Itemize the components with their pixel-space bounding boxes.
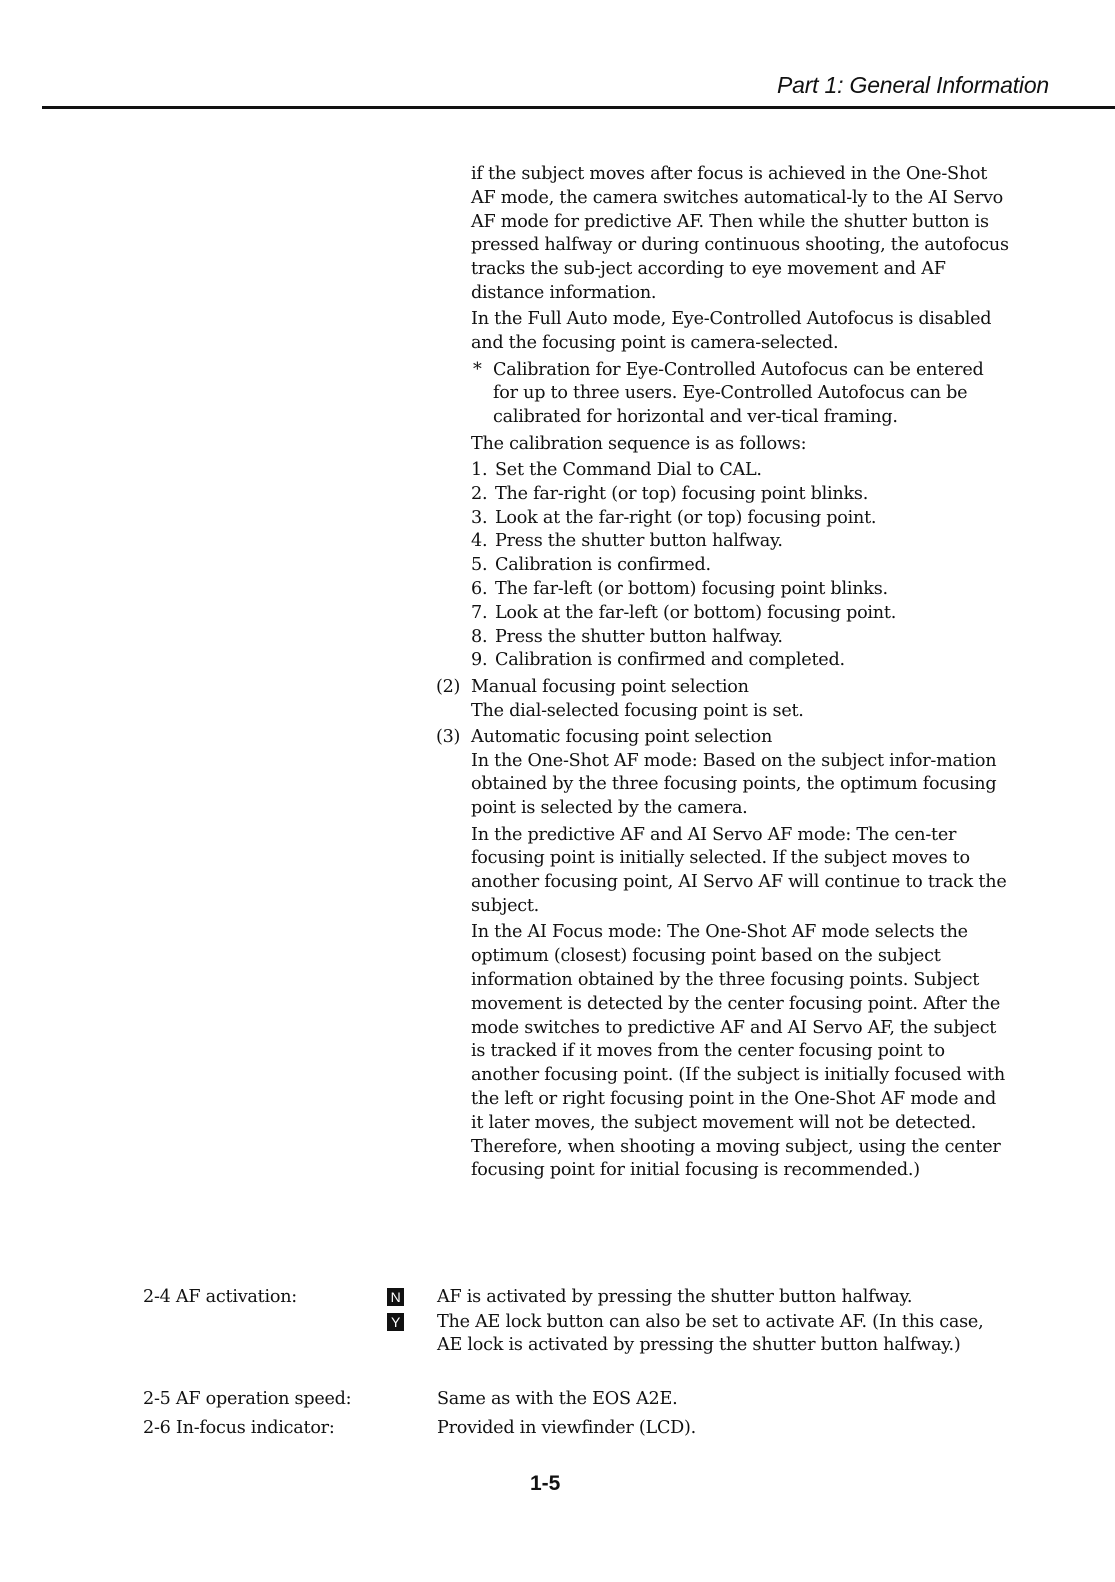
step-number: 6.: [471, 578, 487, 602]
step-number: 4.: [471, 530, 487, 554]
step-item: 1.Set the Command Dial to CAL.: [471, 459, 1011, 483]
one-shot-paragraph: In the One-Shot AF mode: Based on the su…: [471, 750, 1011, 821]
step-text: The far-right (or top) focusing point bl…: [495, 484, 868, 504]
section-title: Automatic focusing point selection: [471, 726, 1011, 750]
spec-label: 2-6 In-focus indicator:: [143, 1417, 335, 1441]
spec-label: 2-4 AF activation:: [143, 1286, 297, 1310]
asterisk-mark: *: [473, 359, 482, 383]
badge-y-icon: Y: [387, 1313, 404, 1331]
running-header: Part 1: General Information: [777, 72, 1049, 99]
full-auto-paragraph: In the Full Auto mode, Eye-Controlled Au…: [471, 308, 1011, 356]
spec-value-y: The AE lock button can also be set to ac…: [437, 1311, 1007, 1359]
step-item: 7.Look at the far-left (or bottom) focus…: [471, 602, 1011, 626]
step-text: Look at the far-left (or bottom) focusin…: [495, 603, 896, 623]
badge-n-icon: N: [387, 1288, 404, 1306]
step-number: 5.: [471, 554, 487, 578]
header-rule: [42, 106, 1115, 109]
step-number: 8.: [471, 626, 487, 650]
step-text: Calibration is confirmed.: [495, 555, 711, 575]
step-text: Look at the far-right (or top) focusing …: [495, 508, 876, 528]
step-text: Press the shutter button halfway.: [495, 531, 783, 551]
page-number: 1-5: [530, 1472, 560, 1496]
step-number: 9.: [471, 649, 487, 673]
body-text-column: if the subject moves after focus is achi…: [471, 163, 1011, 1186]
calibration-note: * Calibration for Eye-Controlled Autofoc…: [471, 359, 1011, 430]
predictive-paragraph: In the predictive AF and AI Servo AF mod…: [471, 824, 1011, 919]
step-item: 9.Calibration is confirmed and completed…: [471, 649, 1011, 673]
step-item: 4.Press the shutter button halfway.: [471, 530, 1011, 554]
section-text: The dial-selected focusing point is set.: [471, 700, 1011, 724]
spec-label: 2-5 AF operation speed:: [143, 1388, 351, 1412]
calibration-steps: 1.Set the Command Dial to CAL. 2.The far…: [471, 459, 1011, 673]
section-title: Manual focusing point selection: [471, 676, 1011, 700]
section-label: (2): [436, 676, 460, 700]
step-text: Press the shutter button halfway.: [495, 627, 783, 647]
ai-focus-paragraph: In the AI Focus mode: The One-Shot AF mo…: [471, 921, 1011, 1183]
section-automatic-selection: (3) Automatic focusing point selection I…: [471, 726, 1011, 1183]
step-number: 3.: [471, 507, 487, 531]
step-number: 7.: [471, 602, 487, 626]
section-label: (3): [436, 726, 460, 750]
spec-value: Provided in viewfinder (LCD).: [437, 1417, 1007, 1441]
spec-value: Same as with the EOS A2E.: [437, 1388, 1007, 1412]
step-item: 3.Look at the far-right (or top) focusin…: [471, 507, 1011, 531]
step-item: 5.Calibration is confirmed.: [471, 554, 1011, 578]
step-number: 2.: [471, 483, 487, 507]
section-manual-selection: (2) Manual focusing point selection The …: [471, 676, 1011, 724]
step-item: 8.Press the shutter button halfway.: [471, 626, 1011, 650]
spec-value-n: AF is activated by pressing the shutter …: [437, 1286, 1007, 1310]
step-text: The far-left (or bottom) focusing point …: [495, 579, 888, 599]
sequence-intro: The calibration sequence is as follows:: [471, 433, 1011, 457]
step-text: Set the Command Dial to CAL.: [495, 460, 762, 480]
step-number: 1.: [471, 459, 487, 483]
step-item: 6.The far-left (or bottom) focusing poin…: [471, 578, 1011, 602]
step-item: 2.The far-right (or top) focusing point …: [471, 483, 1011, 507]
step-text: Calibration is confirmed and completed.: [495, 650, 845, 670]
note-text: Calibration for Eye-Controlled Autofocus…: [493, 360, 984, 428]
continuation-paragraph: if the subject moves after focus is achi…: [471, 163, 1011, 306]
